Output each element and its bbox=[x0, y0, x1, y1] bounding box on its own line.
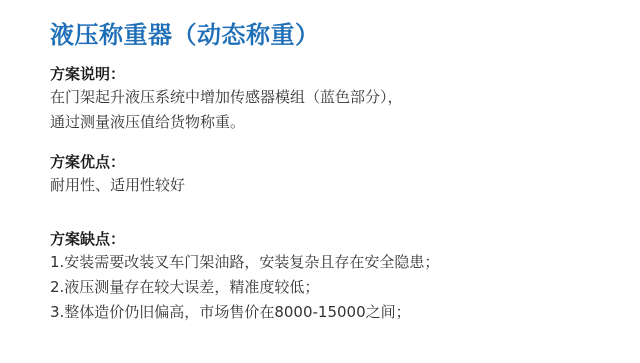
disadvantage-line: 3.整体造价仍旧偏高，市场售价在8000-15000之间； bbox=[50, 300, 439, 325]
section-heading: 方案说明： bbox=[50, 63, 403, 85]
advantage-line: 耐用性、适用性较好 bbox=[50, 173, 185, 198]
description-line: 通过测量液压值给货物称重。 bbox=[50, 110, 403, 135]
disadvantage-line: 1.安装需要改装叉车门架油路，安装复杂且存在安全隐患； bbox=[50, 250, 439, 275]
section-heading: 方案缺点： bbox=[50, 228, 439, 250]
slide: 液压称重器（动态称重） 方案说明： 在门架起升液压系统中增加传感器模组（蓝色部分… bbox=[0, 0, 640, 363]
description-line: 在门架起升液压系统中增加传感器模组（蓝色部分）， bbox=[50, 85, 403, 110]
disadvantage-line: 2.液压测量存在较大误差，精准度较低； bbox=[50, 275, 439, 300]
section-description: 方案说明： 在门架起升液压系统中增加传感器模组（蓝色部分）， 通过测量液压值给货… bbox=[50, 63, 403, 135]
section-advantages: 方案优点： 耐用性、适用性较好 bbox=[50, 151, 185, 198]
section-disadvantages: 方案缺点： 1.安装需要改装叉车门架油路，安装复杂且存在安全隐患； 2.液压测量… bbox=[50, 228, 439, 325]
page-title: 液压称重器（动态称重） bbox=[50, 19, 320, 51]
section-heading: 方案优点： bbox=[50, 151, 185, 173]
